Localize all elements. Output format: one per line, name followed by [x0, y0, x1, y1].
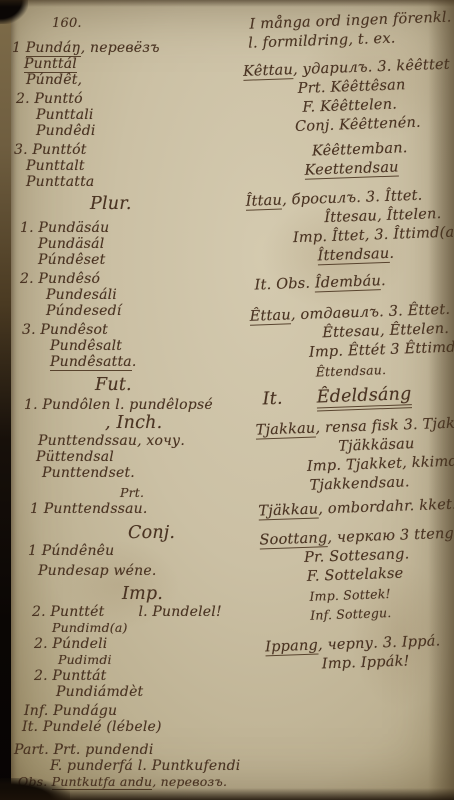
manuscript-line: 2. Púndeli [34, 636, 236, 652]
manuscript-line: , Inch. [105, 413, 236, 433]
manuscript-line: Punttál [24, 56, 236, 72]
text-segment: Imp. [122, 584, 163, 604]
text-segment: Part. Prt. pundendi [14, 742, 154, 758]
text-segment: 1. Pundôlen l. pundêlopsé [24, 397, 213, 413]
text-segment: l. Pundelel! [138, 604, 221, 620]
manuscript-line: Punttatta [26, 174, 236, 190]
text-segment: , Inch. [105, 413, 162, 433]
underlined-term: Êttau [249, 307, 291, 325]
manuscript-line: Püttendsal [36, 449, 236, 465]
text-segment: Plur. [90, 194, 132, 214]
manuscript-line: Punttendssau, хочу. [38, 433, 236, 449]
text-segment: Kêêttemban. [312, 140, 408, 159]
manuscript-line: It. Pundelé (lébele) [22, 719, 236, 735]
text-segment: F. Kêêttelen. [302, 96, 397, 115]
right-column: I många ord ingen förenkl.l. formildring… [237, 3, 454, 677]
page-edge-shadow [0, 0, 454, 7]
text-segment: Punttatta [26, 174, 94, 190]
manuscript-line: Pundesáli [46, 287, 236, 303]
text-segment: l. formildring, t. ex. [248, 30, 396, 51]
manuscript-line: 1 Pundáŋ, перевёзъ [12, 40, 236, 56]
manuscript-line: Conj. [128, 523, 236, 543]
text-segment: , перевозъ. [152, 774, 227, 789]
manuscript-line: Púndesedí [46, 303, 236, 319]
underlined-term: Punttál [24, 56, 77, 73]
manuscript-line: 3. Pundêsot [22, 322, 236, 338]
text-segment: Punttali [36, 107, 94, 123]
manuscript-line: 1. Pundôlen l. pundêlopsé [24, 397, 236, 413]
manuscript-line: Pudimdi [58, 652, 236, 668]
text-segment: Pundêsalt [50, 338, 122, 354]
manuscript-line: Tjäkkau, ombordahr. kket. [258, 495, 454, 521]
manuscript-line: 2. Punttétl. Pundelel! [32, 604, 236, 620]
book-binding-edge [0, 0, 11, 800]
manuscript-line: It.Êdeldsáng [262, 382, 454, 409]
manuscript-line: Inf. Pundágu [24, 703, 236, 719]
manuscript-line: Pundêsatta. [50, 354, 236, 370]
manuscript-line: Punttali [36, 107, 236, 123]
text-segment: Pundimd(a) [52, 620, 128, 635]
text-segment: Prt. [120, 485, 144, 500]
manuscript-line: Pundäsál [38, 236, 236, 252]
manuscript-line: Prt. [120, 485, 236, 501]
text-segment: 1 Punttendssau. [30, 501, 148, 517]
text-segment: Conj. Kêêttenén. [295, 115, 421, 135]
text-segment: Punttalt [26, 158, 85, 174]
underlined-term: Keettendsau [304, 159, 399, 179]
underlined-term: Tjäkkau [258, 501, 318, 520]
text-segment: Imp. Ippák! [322, 653, 410, 672]
text-segment: 2. Pundêsó [20, 271, 100, 287]
text-segment: Prt. Kêêttêsan [298, 77, 406, 97]
text-segment: F. punderfá l. Puntkufendi [50, 758, 240, 774]
manuscript-line: Imp. [122, 584, 236, 604]
underlined-term: Îttendsau [317, 246, 389, 265]
text-segment: , перевёзъ [81, 40, 160, 56]
text-segment: Êttendsau. [315, 362, 386, 379]
text-segment: Pundiámdèt [56, 684, 143, 700]
text-segment: 2. Púndeli [34, 636, 107, 652]
text-segment: 3. Pundêsot [22, 322, 108, 338]
text-segment: . [381, 273, 386, 289]
text-segment: 1. Pundäsáu [20, 220, 109, 236]
text-segment: Fut. [95, 375, 132, 395]
manuscript-line: Pundesap wéne. [38, 563, 236, 579]
text-segment: F. Sottelakse [307, 566, 404, 585]
manuscript-line: Pundiámdèt [56, 684, 236, 700]
text-segment: Conj. [128, 523, 175, 543]
text-segment: Pundêdi [36, 123, 96, 139]
text-segment: It. Pundelé (lébele) [22, 719, 162, 735]
page-edge-shadow [0, 788, 454, 800]
underlined-term: Êdeldsáng [316, 384, 412, 411]
text-segment: It. [262, 389, 283, 410]
manuscript-line: Pundimd(a) [52, 620, 236, 636]
text-segment: Imp. Sottek! [309, 586, 391, 604]
text-segment: It. Obs. [254, 275, 315, 293]
text-segment: 2. Punttó [16, 91, 83, 107]
underlined-term: Îttau [245, 193, 282, 211]
manuscript-line: 1 Punttendssau. [30, 501, 236, 517]
text-segment: Tjakkendsau. [309, 474, 410, 493]
text-segment: Inf. Pundágu [24, 703, 117, 719]
manuscript-line: Fut. [95, 375, 236, 395]
underlined-term: Ippang [265, 638, 318, 657]
underlined-term: Kêttau [243, 62, 293, 81]
manuscript-line: Púndêset [38, 252, 236, 268]
manuscript-line: Part. Prt. pundendi [14, 742, 236, 758]
underlined-term: Pundêsatta [50, 354, 132, 371]
text-segment: Îttesau, Îttelen. [324, 206, 442, 226]
manuscript-line: Punttalt [26, 158, 236, 174]
manuscript-page: 160. 1 Pundáŋ, перевёзъPunttálPúndêt,2. … [0, 0, 454, 800]
manuscript-line: 2. Pundêsó [20, 271, 236, 287]
text-segment: . [132, 354, 137, 370]
manuscript-line: Púndêt, [26, 72, 236, 88]
text-segment: Punttendset. [42, 465, 135, 481]
text-segment: , черпу. 3. Ippá. [318, 633, 441, 653]
manuscript-line: F. punderfá l. Puntkufendi [50, 758, 236, 774]
underlined-term: Soottang [259, 530, 327, 549]
manuscript-line: 2. Punttó [16, 91, 236, 107]
manuscript-line: It. Obs. Îdembáu. [254, 269, 454, 295]
text-segment: 2. Punttát [34, 668, 107, 684]
page-number: 160. [52, 16, 82, 31]
underlined-term: Tjakkau [255, 421, 315, 440]
text-segment: Púndêset [38, 252, 105, 268]
text-segment: 1 Púndênêu [28, 543, 114, 559]
manuscript-line: 1 Púndênêu [28, 543, 236, 559]
manuscript-line: 1. Pundäsáu [20, 220, 236, 236]
left-column: 1 Pundáŋ, перевёзъPunttálPúndêt,2. Puntt… [10, 40, 236, 790]
manuscript-line: 2. Punttát [34, 668, 236, 684]
text-segment: 3. Punttót [14, 142, 87, 158]
text-segment: . [389, 246, 394, 262]
text-segment: Tjäkkäsau [338, 436, 415, 455]
manuscript-line: Plur. [90, 194, 236, 214]
manuscript-line: Pundêdi [36, 123, 236, 139]
text-segment: Púndesedí [46, 303, 121, 319]
text-segment: Püttendsal [36, 449, 114, 465]
text-segment: Inf. Sottegu. [310, 605, 392, 623]
text-segment: Púndêt, [26, 72, 82, 88]
page-edge-shadow [428, 0, 454, 800]
manuscript-line: Pundêsalt [50, 338, 236, 354]
underlined-term: Pundáŋ [26, 40, 81, 57]
manuscript-line: Punttendset. [42, 465, 236, 481]
text-segment: , ударилъ. 3. kêêttet [293, 57, 450, 78]
text-segment: Pundesap wéne. [38, 563, 156, 579]
text-segment: Pundäsál [38, 236, 104, 252]
text-segment: Pundesáli [46, 287, 117, 303]
text-segment: Pudimdi [58, 652, 112, 667]
text-segment: 2. Punttét [32, 604, 104, 620]
text-segment: Pr. Sottesang. [304, 546, 410, 566]
text-segment: 1 [12, 40, 26, 56]
underlined-term: Îdembáu [315, 273, 382, 292]
manuscript-line: 3. Punttót [14, 142, 236, 158]
text-segment: Punttendssau, хочу. [38, 433, 185, 449]
